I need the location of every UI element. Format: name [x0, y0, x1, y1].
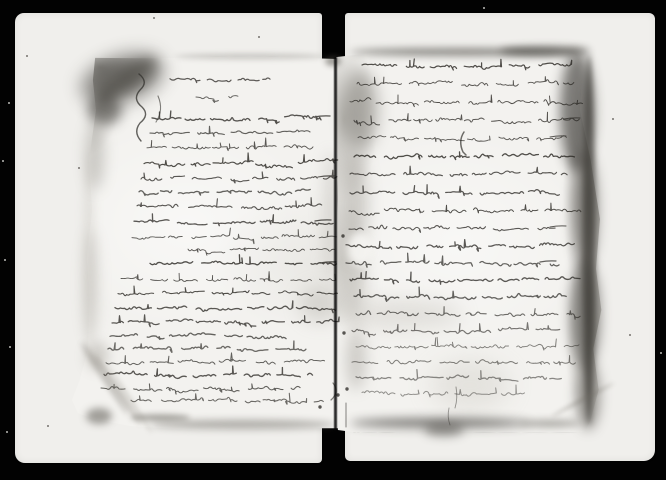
manuscript-scan — [0, 0, 666, 480]
manuscript-left-page — [62, 56, 338, 432]
manuscript-right-page — [336, 51, 604, 433]
gutter-shadow — [334, 57, 337, 430]
